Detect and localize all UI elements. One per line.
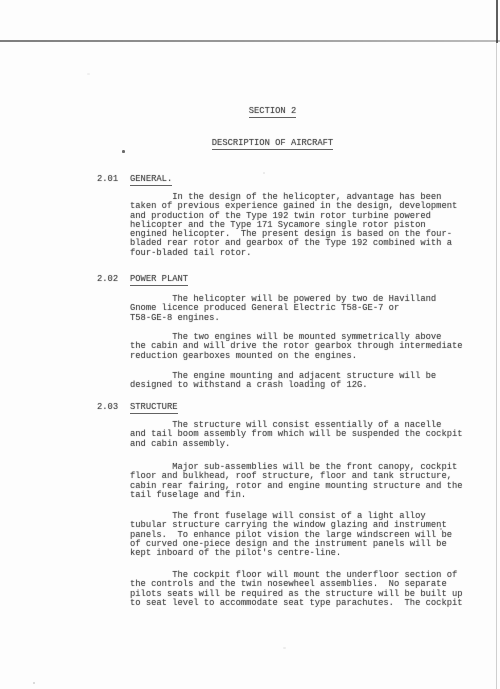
- paragraph: The two engines will be mounted symmetri…: [130, 333, 472, 361]
- section-number: 2.01: [97, 175, 130, 184]
- paragraph: Major sub-assemblies will be the front c…: [130, 463, 472, 500]
- section-heading-text: SECTION 2: [249, 107, 297, 118]
- section-2.03-heading-row: 2.03STRUCTURE: [97, 403, 178, 414]
- section-title: POWER PLANT: [130, 275, 188, 286]
- scan-speck: [263, 172, 265, 174]
- section-2.01-heading-row: 2.01GENERAL.: [97, 175, 172, 186]
- paragraph: The structure will consist essentially o…: [130, 421, 472, 449]
- page-title-text: DESCRIPTION OF AIRCRAFT: [212, 139, 333, 150]
- section-number: 2.03: [97, 403, 130, 412]
- section-2.02-heading-row: 2.02POWER PLANT: [97, 275, 188, 286]
- paragraph: The helicopter will be powered by two de…: [130, 295, 472, 323]
- page-top-edge-line: [0, 40, 500, 42]
- scan-speck: [33, 682, 35, 684]
- page-title: DESCRIPTION OF AIRCRAFT: [85, 139, 460, 150]
- paragraph: The cockpit floor will mount the underfl…: [130, 571, 472, 608]
- scan-speck: [87, 73, 90, 75]
- scan-speck: [122, 150, 125, 153]
- paragraph: In the design of the helicopter, advanta…: [130, 193, 472, 258]
- page-right-edge-line: [496, 41, 497, 689]
- section-number: 2.02: [97, 275, 130, 284]
- section-heading: SECTION 2: [85, 107, 460, 118]
- paragraph: The front fuselage will consist of a lig…: [130, 512, 472, 558]
- section-title: GENERAL.: [130, 175, 172, 186]
- paragraph: The engine mounting and adjacent structu…: [130, 372, 472, 391]
- section-title: STRUCTURE: [130, 403, 178, 414]
- scanned-document-page: SECTION 2 DESCRIPTION OF AIRCRAFT 2.01GE…: [0, 0, 500, 689]
- page-right-edge-dark-line: [496, 0, 498, 43]
- scan-speck: [283, 647, 286, 649]
